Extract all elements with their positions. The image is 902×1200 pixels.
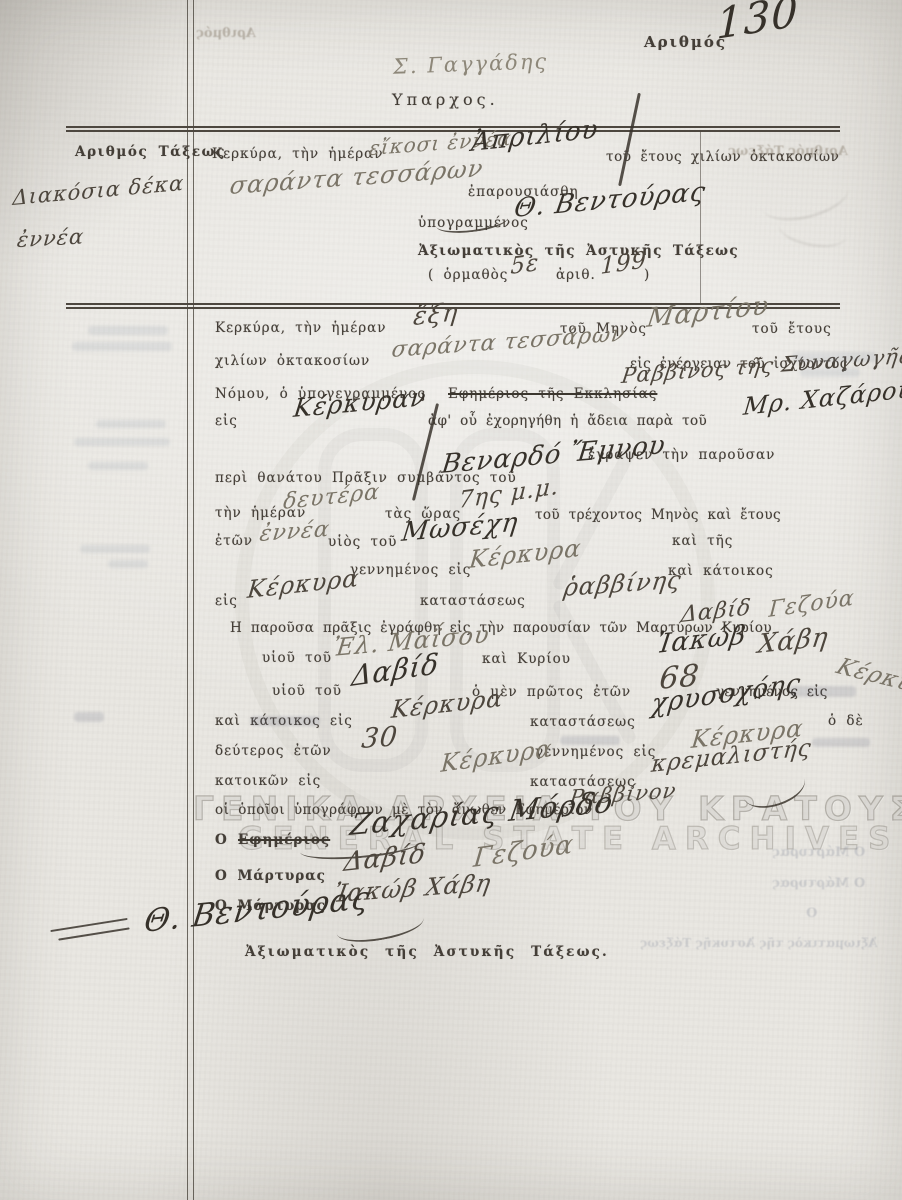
- pen-flourish: [435, 208, 509, 237]
- act-and-of-label: καὶ τῆς: [672, 533, 733, 549]
- witness2-intro-label: ὁ δὲ: [828, 713, 864, 729]
- witnesses-and-mister-label: καὶ Κυρίου: [482, 651, 571, 667]
- bleedthrough-ghost: [74, 712, 104, 722]
- official-title: Υπαρχος.: [392, 90, 499, 109]
- witness1-status-label: καταστάσεως: [530, 714, 636, 730]
- bleedthrough-ghost: [790, 686, 856, 697]
- witness2-son-of-label: υἱοῦ τοῦ: [272, 683, 342, 699]
- act-age-label: ἐτῶν: [215, 533, 253, 549]
- pencil-annotation-name: Σ. Γαγγάδης: [393, 49, 549, 78]
- witness2-born-label: γεννημένος εἰς: [535, 744, 656, 760]
- page-number-label: Αριθμός: [644, 33, 727, 51]
- act-age-handwritten: ἐννέα: [258, 517, 332, 547]
- left-margin-rule-outer: [187, 0, 188, 1200]
- bundle-open-label: ( ὁρμαθὸς: [428, 267, 508, 283]
- presentation-month-handwritten: Ἀπριλίου: [470, 114, 600, 158]
- pen-flourish: [618, 93, 641, 187]
- bleedthrough-ghost: [812, 738, 870, 747]
- act-year-label-2: χιλίων ὀκτακοσίων: [215, 353, 370, 369]
- bleedthrough-ghost: [776, 208, 850, 252]
- bleedthrough-ghost: [80, 545, 150, 553]
- scanned-document-page: ΓΕΝΙΚΑ ΑΡΧΕΙΑ ΤΟΥ ΚΡΑΤΟΥΣ GENERAL STATE …: [0, 0, 902, 1200]
- bleedthrough-order-label: Αριθμός Τάξεως: [728, 144, 848, 159]
- act-current-month-label: τοῦ τρέχοντος Μηνὸς καὶ ἔτους: [535, 507, 781, 523]
- act-at-label: εἰς: [215, 413, 238, 429]
- order-number-value-line1: Διακόσια δέκα: [12, 171, 185, 210]
- top-section-rule-upper: [66, 126, 840, 128]
- bleedthrough-ghost: [88, 462, 148, 470]
- witness1-signature-label: Ο Μάρτυρας: [215, 868, 326, 884]
- bleedthrough-ghost: [250, 716, 320, 726]
- act-born-label: γεννημένος εἰς: [350, 562, 471, 578]
- bleedthrough-ghost: [560, 736, 620, 745]
- bundle-close-paren: ): [644, 267, 650, 283]
- act-license-grantor-handwritten: Μρ. Χαζάρου: [742, 375, 902, 421]
- act-place-date-label: Κερκύρα, τὴν ἡμέραν: [215, 320, 386, 336]
- bleedthrough-ghost: [72, 342, 172, 351]
- bleedthrough-ghost: [96, 420, 166, 428]
- order-number-value-line2: ἐννέα: [16, 224, 85, 252]
- witness2-age-label: δεύτερος ἐτῶν: [215, 743, 332, 759]
- bleedthrough-ghost: [74, 438, 170, 446]
- witness2-last-name-handwritten: Χάβη: [756, 622, 831, 660]
- bleedthrough-number-label: Αριθμός: [196, 26, 256, 41]
- act-status-label: καταστάσεως: [420, 593, 526, 609]
- act-day-handwritten: ἕξη: [412, 297, 460, 331]
- act-resident-label: καὶ κάτοικος: [668, 563, 774, 579]
- rabbi-signature-o-label: Ο: [215, 832, 228, 848]
- presentation-officer-title: Ἀξιωματικὸς τῆς Ἀστυκῆς Τάξεως: [418, 243, 739, 259]
- bleedthrough-ghost: [88, 326, 168, 335]
- bleedthrough-o-label: Ο: [806, 906, 817, 921]
- officer-title-label: Ἀξιωματικὸς τῆς Ἀστυκῆς Τάξεως.: [245, 944, 609, 960]
- witness1-son-of-label: υἱοῦ τοῦ: [262, 650, 332, 666]
- pen-flourish: [58, 927, 129, 941]
- act-number-handwritten: 199: [600, 247, 647, 280]
- act-year-label-1: τοῦ ἔτους: [752, 321, 832, 337]
- act-at-label-2: εἰς: [215, 593, 238, 609]
- bundle-number-handwritten: 5ε: [510, 250, 540, 280]
- page-number-value: 130: [716, 0, 799, 49]
- witness2-age-handwritten: 30: [360, 721, 400, 755]
- bleedthrough-ghost: [108, 560, 148, 568]
- bleedthrough-witness-label: Ο Μάρτυρας: [772, 845, 865, 860]
- witness2-resident-label: κατοικῶν εἰς: [215, 773, 321, 789]
- order-number-label: Αριθμός Τάξεως: [75, 144, 226, 160]
- witness1-last-name-handwritten: Γεζούα: [768, 585, 855, 623]
- act-number-abbr-label: ἀριθ.: [556, 267, 596, 283]
- act-son-of-label: υἱὸς τοῦ: [328, 534, 397, 550]
- bleedthrough-witness-label: Ο Μάρτυρας: [772, 876, 865, 891]
- left-margin-rule-inner: [193, 0, 194, 1200]
- bleedthrough-officer-title: Ἀξιωματικὸς τῆς Ἀστυκῆς Τάξεως: [640, 936, 877, 950]
- act-license-label: ἀφ' οὗ ἐχορηγήθη ἡ ἄδεια παρὰ τοῦ: [428, 413, 707, 429]
- act-struck-role-label: Εφημέριος τῆς Εκκλησίας: [448, 386, 657, 402]
- bleedthrough-ghost: [792, 352, 876, 362]
- bleedthrough-ghost: [800, 368, 860, 377]
- presentation-place-date-label: Κερκύρα, τὴν ἡμέραν: [212, 146, 383, 162]
